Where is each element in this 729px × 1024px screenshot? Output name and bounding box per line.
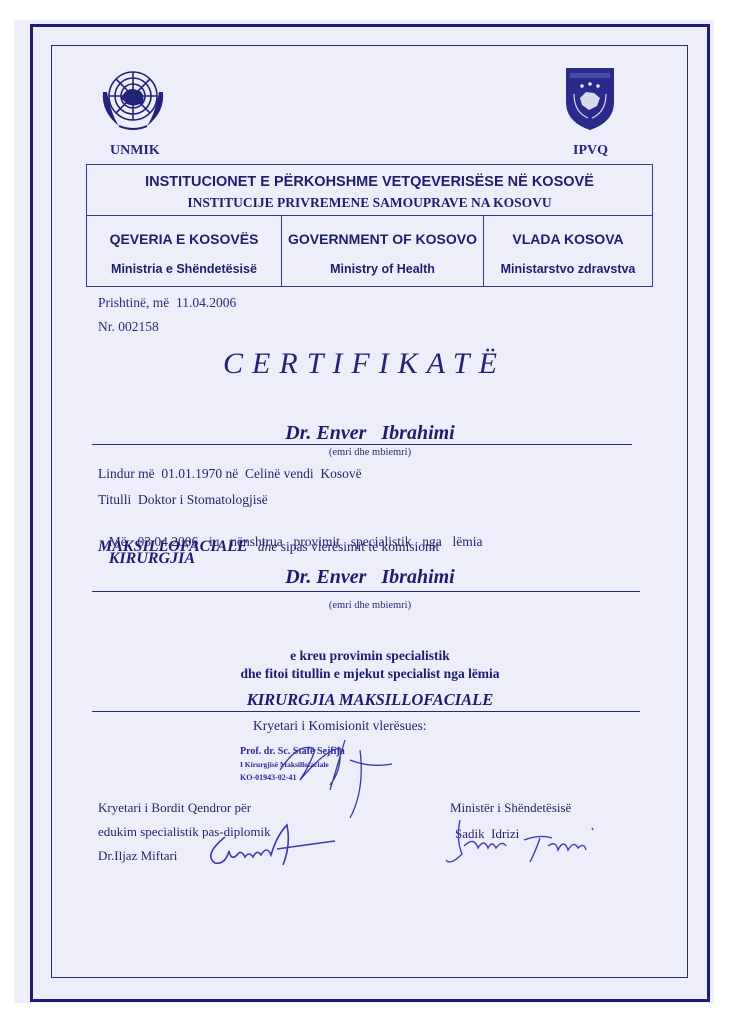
header-cell-serbian: VLADA KOSOVA Ministarstvo zdravstva: [484, 216, 652, 286]
exam-line-continued: MAKSILLOFACIALE dhe sipas vlerësimit të …: [98, 538, 439, 556]
ipvq-label: IPVQ: [573, 143, 608, 159]
exam-conjunction: dhe: [258, 539, 278, 554]
institution-name-serbian: INSTITUCIJE PRIVREMENE SAMOUPRAVE NA KOS…: [87, 195, 652, 211]
government-serbian: VLADA KOSOVA: [484, 231, 652, 247]
recipient-name: Dr. Enver Ibrahimi: [100, 422, 640, 445]
institution-name-albanian: INSTITUCIONET E PËRKOHSHME VETQEVERISËSE…: [87, 174, 652, 190]
name-caption: (emri dhe mbiemri): [100, 447, 640, 458]
ministry-english: Ministry of Health: [282, 262, 483, 276]
ministry-serbian: Ministarstvo zdravstva: [484, 262, 652, 276]
kosovo-shield-icon: [562, 64, 618, 132]
name-caption-repeat: (emri dhe mbiemri): [100, 600, 640, 611]
minister-signature-icon: [440, 810, 610, 870]
name-underline: [92, 444, 632, 445]
header-cell-english: GOVERNMENT OF KOSOVO Ministry of Health: [282, 216, 484, 286]
board-chair-title-line1: Kryetari i Bordit Qendror për: [98, 800, 251, 816]
result-line2: dhe fitoi titullin e mjekut specialist n…: [100, 666, 640, 682]
result-line1: e kreu provimin specialistik: [100, 648, 640, 664]
header-cell-albanian: QEVERIA E KOSOVËS Ministria e Shëndetësi…: [87, 216, 282, 286]
board-chair-signature-icon: [195, 815, 345, 875]
un-emblem-icon: [97, 62, 169, 134]
certificate-number: Nr. 002158: [98, 319, 159, 335]
exam-field-part2: MAKSILLOFACIALE: [98, 538, 248, 555]
government-albanian: QEVERIA E KOSOVËS: [87, 231, 281, 247]
unmik-label: UNMIK: [110, 143, 160, 159]
ministry-albanian: Ministria e Shëndetësisë: [87, 262, 281, 276]
institution-header-table: INSTITUCIONET E PËRKOHSHME VETQEVERISËSE…: [86, 164, 653, 287]
certificate-title: CERTIFIKATË: [0, 347, 729, 381]
name-underline-repeat: [92, 591, 640, 592]
specialty-title: KIRURGJIA MAKSILLOFACIALE: [100, 690, 640, 710]
government-english: GOVERNMENT OF KOSOVO: [282, 231, 483, 247]
recipient-name-repeat: Dr. Enver Ibrahimi: [100, 566, 640, 589]
degree-title: Titulli Doktor i Stomatologjisë: [98, 492, 268, 508]
exam-line-end: sipas vlerësimit të komisionit: [281, 539, 440, 554]
header-top-row: INSTITUCIONET E PËRKOHSHME VETQEVERISËSE…: [87, 165, 652, 216]
place-date: Prishtinë, më 11.04.2006: [98, 295, 236, 311]
commission-signature-icon: [270, 730, 400, 820]
board-chair-name: Dr.Iljaz Miftari: [98, 848, 177, 864]
specialty-underline: [92, 711, 640, 712]
birth-details: Lindur më 01.01.1970 në Celinë vendi Kos…: [98, 466, 362, 482]
